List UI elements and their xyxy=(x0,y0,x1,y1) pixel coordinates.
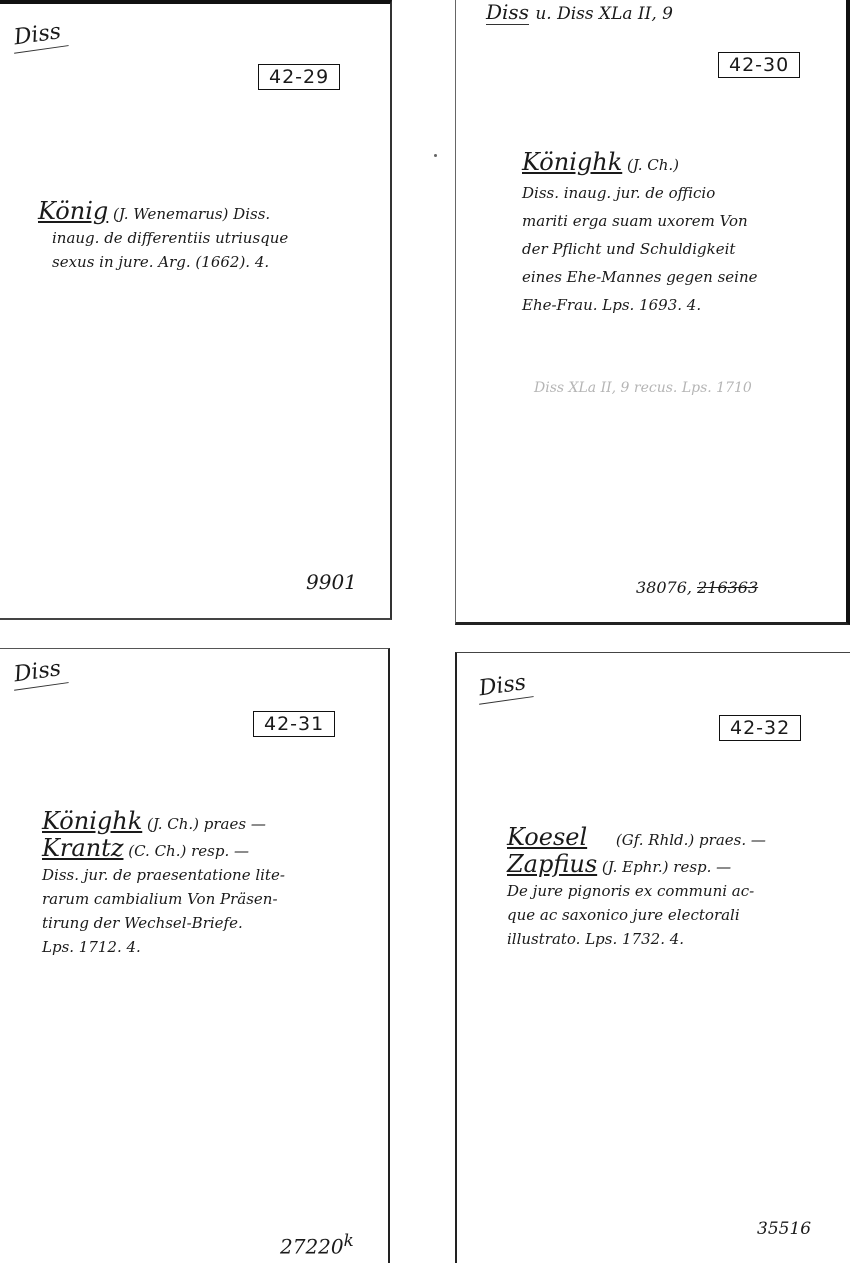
respondent-name: Zapfius xyxy=(507,850,597,878)
entry-line: que ac saxonico jure electorali xyxy=(507,903,766,927)
entry-text: König (J. Wenemarus) Diss. inaug. de dif… xyxy=(38,199,288,274)
accession-number: 38076, xyxy=(636,578,692,597)
diss-top-note: Diss u. Diss XLa II, 9 xyxy=(486,0,673,24)
author-role: (J. Ch.) praes — xyxy=(147,815,266,833)
struck-accession-number: 216363 xyxy=(697,578,758,597)
catalog-card-42-31: Diss 42-31 Könighk (J. Ch.) praes — Kran… xyxy=(0,648,390,1263)
accession-number: 27220k xyxy=(280,1231,354,1259)
author-initials: (J. Ch.) xyxy=(627,156,679,174)
entry-line: inaug. de differentiis utriusque xyxy=(38,226,288,250)
speck xyxy=(434,154,437,157)
entry-line: Diss. jur. de praesentatione lite- xyxy=(42,863,285,887)
diss-mark: Diss xyxy=(486,0,529,25)
entry-line: sexus in jure. Arg. (1662). 4. xyxy=(38,250,288,274)
entry-line: Ehe-Frau. Lps. 1693. 4. xyxy=(522,291,758,319)
entry-line: Lps. 1712. 4. xyxy=(42,935,285,959)
call-number: 42-30 xyxy=(718,52,800,78)
diss-mark: Diss xyxy=(10,655,69,690)
entry-text: Könighk (J. Ch.) praes — Krantz (C. Ch.)… xyxy=(42,809,285,959)
entry-text: Koesel (Gf. Rhld.) praes. — Zapfius (J. … xyxy=(507,825,766,951)
diss-mark: Diss xyxy=(475,669,534,704)
accession-number: 9901 xyxy=(306,570,357,594)
diss-mark: Diss xyxy=(10,18,69,53)
entry-text: Könighk (J. Ch.) Diss. inaug. jur. de of… xyxy=(522,148,758,319)
accession-number: 35516 xyxy=(757,1219,811,1239)
respondent-role: (C. Ch.) resp. — xyxy=(128,842,249,860)
entry-line: (J. Wenemarus) Diss. xyxy=(113,205,270,223)
author-name: König xyxy=(38,197,108,225)
cross-reference: u. Diss XLa II, 9 xyxy=(535,4,673,24)
entry-line: mariti erga suam uxorem Von xyxy=(522,207,758,235)
accession-suffix: k xyxy=(344,1231,354,1250)
entry-line: eines Ehe-Mannes gegen seine xyxy=(522,263,758,291)
accession-numbers: 38076, 216363 xyxy=(636,578,758,597)
entry-line: rarum cambialium Von Präsen- xyxy=(42,887,285,911)
call-number: 42-32 xyxy=(719,715,801,741)
respondent-role: (J. Ephr.) resp. — xyxy=(602,858,731,876)
catalog-card-42-29: Diss 42-29 König (J. Wenemarus) Diss. in… xyxy=(0,0,392,620)
catalog-card-42-30: Diss u. Diss XLa II, 9 42-30 Könighk (J.… xyxy=(455,0,850,625)
pencil-note: Diss XLa II, 9 recus. Lps. 1710 xyxy=(534,376,752,400)
entry-line: Diss. inaug. jur. de officio xyxy=(522,179,758,207)
entry-line: tirung der Wechsel-Briefe. xyxy=(42,911,285,935)
call-number: 42-31 xyxy=(253,711,335,737)
respondent-name: Krantz xyxy=(42,834,123,862)
author-name: Könighk xyxy=(42,807,142,835)
author-name: Koesel xyxy=(507,823,587,851)
author-role: (Gf. Rhld.) praes. — xyxy=(592,831,766,849)
entry-line: illustrato. Lps. 1732. 4. xyxy=(507,927,766,951)
call-number: 42-29 xyxy=(258,64,340,90)
catalog-card-42-32: Diss 42-32 Koesel (Gf. Rhld.) praes. — Z… xyxy=(455,652,850,1263)
accession-number-value: 27220 xyxy=(280,1235,344,1259)
entry-line: De jure pignoris ex communi ac- xyxy=(507,879,766,903)
entry-line: der Pflicht und Schuldigkeit xyxy=(522,235,758,263)
author-name: Könighk xyxy=(522,148,622,176)
